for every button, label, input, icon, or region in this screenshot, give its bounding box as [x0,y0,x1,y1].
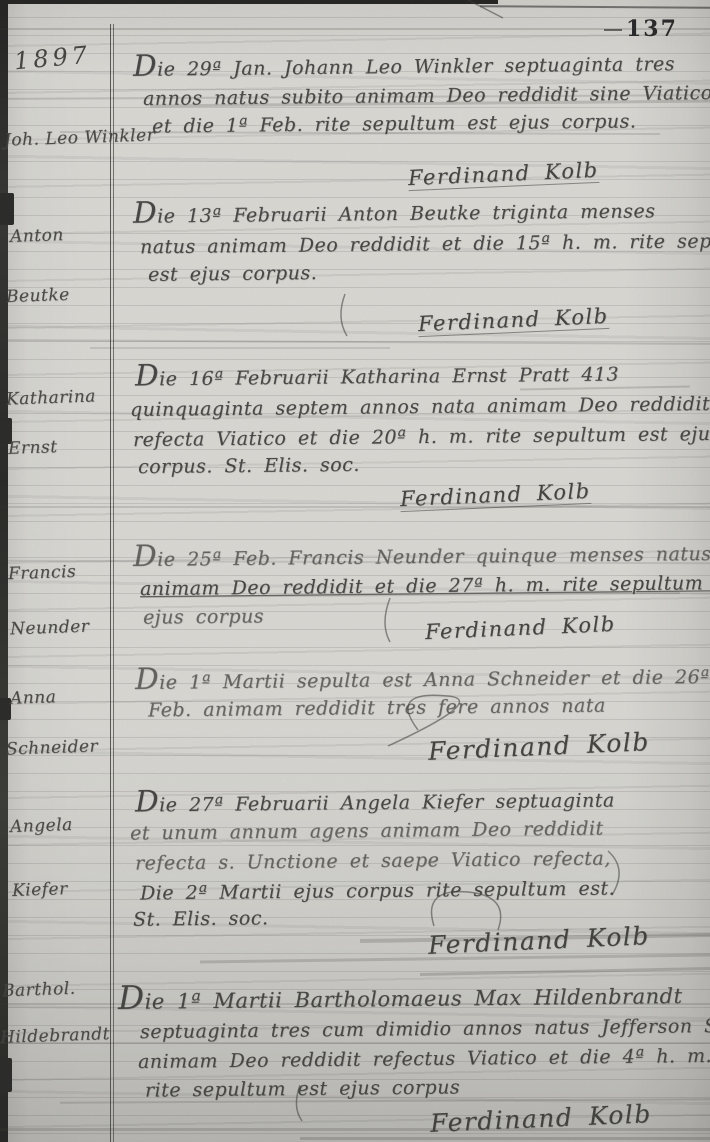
priest-signature: Ferdinand Kolb [408,158,600,191]
priest-signature: Ferdinand Kolb [427,921,650,960]
page-number: 137 [626,16,678,42]
entry-body-line: Die 27ª Februarii Angela Kiefer septuagi… [135,783,615,818]
entry-body-line: est ejus corpus. [148,260,317,288]
scan-streak [420,967,710,976]
margin-rule-vertical [110,24,114,1142]
entry-body-line: quinquaginta septem annos nata animam De… [130,391,710,423]
page-top-border [480,5,710,9]
year-label: 1897 [13,41,92,76]
binding-edge [0,0,8,1142]
entry-body-line: corpus. St. Elis. soc. [138,452,360,480]
entry-body-line: et unum annum agens animam Deo reddidit [130,816,604,847]
scan-streak [90,347,390,349]
entry-body-line: St. Elis. soc. [133,905,269,932]
entry-margin-name: Kiefer [12,879,68,901]
entry-margin-name: Schneider [6,736,99,759]
entry-body-line: rite sepultum est ejus corpus [145,1074,460,1103]
entry-body-line: refecta s. Unctione et saepe Viatico ref… [135,846,611,877]
entry-margin-name: Barthol. [2,979,76,1002]
entry-body-line: Die 29ª Jan. Johann Leo Winkler septuagi… [133,47,675,83]
entry-body-line: Feb. animam reddidit tres fere annos nat… [148,693,606,724]
entry-body-line: animam Deo reddidit et die 27ª h. m. rit… [140,570,710,602]
entry-body-line: refecta Viatico et die 20ª h. m. rite se… [133,421,710,453]
entry-body-line: Die 13ª Februarii Anton Beutke triginta … [133,194,656,229]
entry-margin-name: Anna [10,687,57,709]
priest-signature: Ferdinand Kolb [400,479,592,512]
entry-margin-name: Hildebrandt [0,1024,110,1048]
entry-body-line: animam Deo reddidit refectus Viatico et … [138,1043,710,1075]
scan-blotch [0,193,14,225]
entry-body-line: ejus corpus [143,603,264,630]
scan-streak [300,1137,710,1140]
entry-body-line: Die 2ª Martii ejus corpus rite sepultum … [140,876,615,907]
entry-body-line: Die 25ª Feb. Francis Neunder quinque men… [133,537,710,573]
scan-streak [0,506,710,508]
priest-signature: Ferdinand Kolb [429,1099,652,1138]
scan-streak [0,339,710,345]
entry-body-line: annos natus subito animam Deo reddidit s… [143,80,710,112]
priest-signature: Ferdinand Kolb [425,612,617,644]
priest-signature: Ferdinand Kolb [427,727,650,766]
entry-body-line: Die 1ª Martii Bartholomaeus Max Hildenbr… [118,979,683,1015]
entry-margin-name: Joh. Leo Winkler [4,125,156,150]
entry-margin-name: Neunder [10,617,90,640]
page-top-border [0,0,498,4]
entry-body-line: Die 16ª Februarii Katharina Ernst Pratt … [135,357,619,392]
entry-margin-name: Angela [10,815,73,837]
priest-signature: Ferdinand Kolb [418,304,610,337]
scan-blotch [2,1058,12,1092]
register-page: 137 1897 Joh. Leo Winkler Die 29ª Jan. J… [0,0,710,1142]
entry-margin-name: Anton [10,225,64,247]
entry-body-line: natus animam Deo reddidit et die 15ª h. … [140,228,710,261]
entry-margin-name: Beutke [6,285,70,307]
entry-body-line: septuaginta tres cum dimidio annos natus… [140,1013,710,1045]
entry-margin-name: Francis [8,562,77,584]
entry-body-line: Die 1ª Martii sepulta est Anna Schneider… [135,660,710,696]
entry-body-line: et die 1ª Feb. rite sepultum est ejus co… [152,108,637,139]
entry-margin-name: Katharina [6,386,97,409]
entry-margin-name: Ernst [8,437,58,459]
